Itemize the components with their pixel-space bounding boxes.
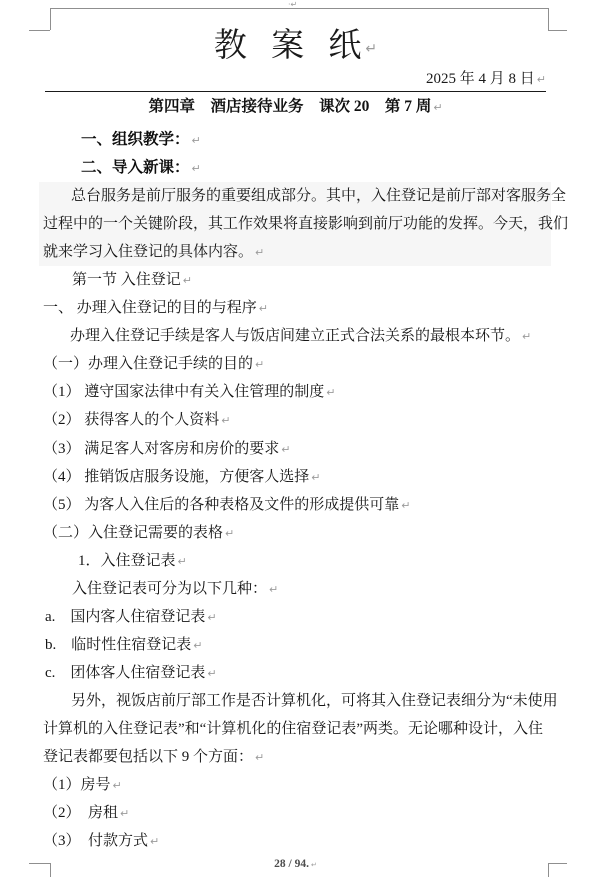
- paragraph-mark-icon: ↵: [221, 414, 230, 427]
- paragraph-mark-icon: ↵: [207, 667, 216, 680]
- body-line: 登记表都要包括以下 9 个方面：↵: [43, 743, 563, 771]
- body-line: 入住登记表可分为以下几种：↵: [43, 575, 563, 603]
- date-text: 2025 年 4 月 8 日: [426, 71, 535, 87]
- paragraph-mark-icon: ↵: [401, 499, 410, 512]
- paragraph-mark-icon: ↵: [225, 527, 234, 540]
- paragraph-mark-icon: ↵: [192, 134, 201, 147]
- paragraph-mark-icon: ↵: [255, 751, 264, 764]
- body-line-text: 计算机的入住登记表”和“计算机化的住宿登记表”两类。无论哪种设计，入住: [43, 721, 543, 737]
- body-line: 就来学习入住登记的具体内容。↵: [43, 238, 563, 266]
- paragraph-mark-icon: ↵: [192, 162, 201, 175]
- page-title-text: 教 案 纸: [214, 28, 370, 64]
- paragraph-mark-icon: ↵: [255, 358, 264, 371]
- body-line: （1）房号↵: [43, 771, 563, 799]
- date-line: 2025 年 4 月 8 日↵: [426, 69, 546, 90]
- paragraph-mark-icon: ↵: [365, 41, 377, 57]
- body-line: 办理入住登记手续是客人与饭店间建立正式合法关系的最根本环节。↵: [43, 322, 563, 350]
- body-line-text: b. 临时性住宿登记表: [45, 637, 191, 653]
- paragraph-mark-icon: ↵: [326, 386, 335, 399]
- paragraph-mark-icon: ↵: [113, 779, 122, 792]
- body-line: （3） 满足客人对客房和房价的要求↵: [43, 435, 563, 463]
- body-line: （2） 房租↵: [43, 799, 563, 827]
- body-line-text: 登记表都要包括以下 9 个方面：: [43, 749, 253, 765]
- page-number: 28 / 94.↵: [0, 857, 591, 872]
- body-line-text: a. 国内客人住宿登记表: [45, 609, 205, 625]
- body-line-text: 过程中的一个关键阶段，其工作效果将直接影响到前厅功能的发挥。今天，我们: [43, 216, 568, 232]
- body-line-text: 1．入住登记表: [78, 553, 176, 569]
- body-line-text: （二）入住登记需要的表格: [43, 525, 223, 541]
- body-line: 另外，视饭店前厅部工作是否计算机化，可将其入住登记表细分为“未使用: [43, 687, 563, 715]
- body-line: 过程中的一个关键阶段，其工作效果将直接影响到前厅功能的发挥。今天，我们: [43, 210, 563, 238]
- body-line-text: 办理入住登记手续是客人与饭店间建立正式合法关系的最根本环节。: [70, 328, 520, 344]
- paragraph-mark-icon: ↵: [269, 583, 278, 596]
- body-line-text: 第一节 入住登记: [72, 272, 181, 288]
- paragraph-mark-icon: ↵: [193, 639, 202, 652]
- paragraph-mark-icon: ↵: [178, 555, 187, 568]
- body-line-text: （1）房号: [43, 777, 111, 793]
- body-line: b. 临时性住宿登记表↵: [43, 631, 563, 659]
- paragraph-mark-icon: ↵: [120, 807, 129, 820]
- paragraph-mark-icon: ↵: [183, 274, 192, 287]
- body-line: （二）入住登记需要的表格↵: [43, 519, 563, 547]
- body-line: c. 团体客人住宿登记表↵: [43, 659, 563, 687]
- body-line-text: 一、组织教学：: [81, 131, 190, 148]
- header-paragraph-mark-icon: ·↵: [288, 0, 297, 9]
- page-title: 教 案 纸↵: [0, 25, 591, 70]
- paragraph-mark-icon: ↵: [522, 330, 531, 343]
- paragraph-mark-icon: ↵: [433, 101, 442, 114]
- body-line: 一、 办理入住登记的目的与程序↵: [43, 294, 563, 322]
- body-line: 总台服务是前厅服务的重要组成部分。其中，入住登记是前厅部对客服务全: [43, 182, 563, 210]
- body-line-text: （1） 遵守国家法律中有关入住管理的制度: [43, 384, 324, 400]
- body-line: （3） 付款方式↵: [43, 827, 563, 855]
- chapter-heading-text: 第四章 酒店接待业务 课次 20 第 7 周: [148, 98, 431, 115]
- paragraph-mark-icon: ↵: [255, 246, 264, 259]
- body-line-text: （2） 获得客人的个人资料: [43, 412, 219, 428]
- paragraph-mark-icon: ↵: [537, 73, 546, 86]
- body-line: 第一节 入住登记↵: [43, 266, 563, 294]
- body-line-text: 二、导入新课：: [81, 159, 190, 176]
- header-rule: [45, 91, 546, 92]
- body-line-text: （3） 满足客人对客房和房价的要求: [43, 441, 279, 457]
- body-line: （一）办理入住登记手续的目的↵: [43, 350, 563, 378]
- body-line-text: 总台服务是前厅服务的重要组成部分。其中，入住登记是前厅部对客服务全: [71, 188, 566, 204]
- chapter-heading: 第四章 酒店接待业务 课次 20 第 7 周↵: [0, 95, 591, 120]
- body-line-text: 就来学习入住登记的具体内容。: [43, 244, 253, 260]
- paragraph-mark-icon: ↵: [150, 835, 159, 848]
- paragraph-mark-icon: ↵: [281, 443, 290, 456]
- body-line-text: （5） 为客人入住后的各种表格及文件的形成提供可靠: [43, 497, 399, 513]
- body-line-text: 一、 办理入住登记的目的与程序: [43, 300, 257, 316]
- body-line-text: 另外，视饭店前厅部工作是否计算机化，可将其入住登记表细分为“未使用: [71, 693, 558, 709]
- body-line-text: （一）办理入住登记手续的目的: [43, 356, 253, 372]
- body-line: 计算机的入住登记表”和“计算机化的住宿登记表”两类。无论哪种设计，入住: [43, 715, 563, 743]
- body-line-text: c. 团体客人住宿登记表: [45, 665, 205, 681]
- body-text: 一、组织教学：↵二、导入新课：↵总台服务是前厅服务的重要组成部分。其中，入住登记…: [43, 126, 563, 855]
- body-line: （4） 推销饭店服务设施，方便客人选择↵: [43, 463, 563, 491]
- paragraph-mark-icon: ↵: [311, 861, 317, 869]
- paragraph-mark-icon: ↵: [259, 302, 268, 315]
- paragraph-mark-icon: ↵: [207, 611, 216, 624]
- body-line: 二、导入新课：↵: [43, 154, 563, 182]
- body-line: a. 国内客人住宿登记表↵: [43, 603, 563, 631]
- document-page: ·↵ 教 案 纸↵ 2025 年 4 月 8 日↵ 第四章 酒店接待业务 课次 …: [0, 0, 591, 877]
- paragraph-mark-icon: ↵: [311, 471, 320, 484]
- body-line-text: （2） 房租: [43, 805, 118, 821]
- body-line-text: 入住登记表可分为以下几种：: [72, 581, 267, 597]
- body-line: 一、组织教学：↵: [43, 126, 563, 154]
- body-line-text: （4） 推销饭店服务设施，方便客人选择: [43, 469, 309, 485]
- body-line: （5） 为客人入住后的各种表格及文件的形成提供可靠↵: [43, 491, 563, 519]
- body-line: （1） 遵守国家法律中有关入住管理的制度↵: [43, 378, 563, 406]
- body-line: 1．入住登记表↵: [43, 547, 563, 575]
- body-line-text: （3） 付款方式: [43, 833, 148, 849]
- boundary-line-top: [50, 8, 548, 9]
- page-number-text: 28 / 94.: [274, 858, 309, 870]
- body-line: （2） 获得客人的个人资料↵: [43, 406, 563, 434]
